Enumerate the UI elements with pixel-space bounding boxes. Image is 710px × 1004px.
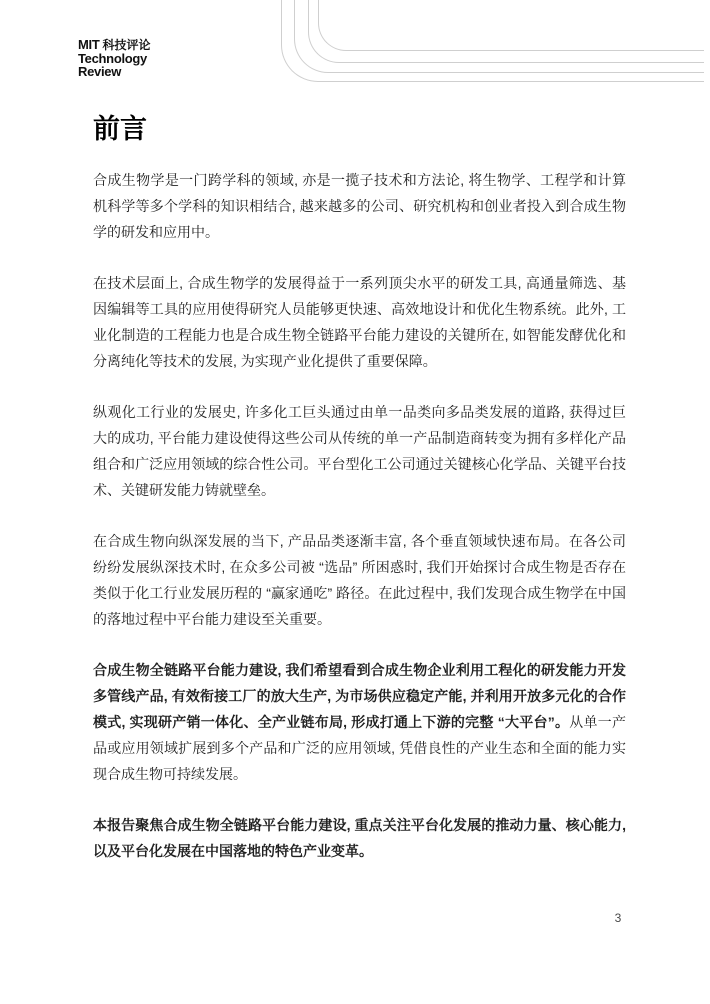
page-number: 3 [606,911,630,925]
rounded-corner-line-1 [318,0,704,51]
paragraph: 在技术层面上, 合成生物学的发展得益于一系列顶尖水平的研发工具, 高通量筛选、基… [93,270,626,374]
rounded-corner-line-3 [294,0,704,73]
paragraph-text-bold: 合成生物全链路平台能力建设, 我们希望看到合成生物企业利用工程化的研发能力开发多… [93,662,626,730]
paragraph-text-bold: 本报告聚焦合成生物全链路平台能力建设, 重点关注平台化发展的推动力量、核心能力,… [93,817,626,859]
paragraph-text: 在合成生物向纵深发展的当下, 产品品类逐渐丰富, 各个垂直领域快速布局。在各公司… [93,533,626,627]
mit-technology-review-logo: MIT科技评论 Technology Review [78,38,151,78]
logo-line-1: MIT科技评论 [78,38,151,52]
logo-review-text: Review [78,65,151,78]
paragraph-text: 在技术层面上, 合成生物学的发展得益于一系列顶尖水平的研发工具, 高通量筛选、基… [93,275,626,369]
logo-chinese-text: 科技评论 [102,38,150,52]
rounded-corner-line-2 [308,0,704,63]
document-page: MIT科技评论 Technology Review 前言 合成生物学是一门跨学科… [0,0,710,1004]
logo-mit-text: MIT [78,37,99,52]
preface-content: 合成生物学是一门跨学科的领域, 亦是一揽子技术和方法论, 将生物学、工程学和计算… [93,167,626,889]
paragraph-text: 纵观化工行业的发展史, 许多化工巨头通过由单一品类向多品类发展的道路, 获得过巨… [93,404,626,498]
rounded-corner-line-4 [281,0,704,82]
paragraph: 纵观化工行业的发展史, 许多化工巨头通过由单一品类向多品类发展的道路, 获得过巨… [93,399,626,503]
paragraph: 合成生物学是一门跨学科的领域, 亦是一揽子技术和方法论, 将生物学、工程学和计算… [93,167,626,245]
section-title: 前言 [93,112,147,146]
paragraph: 合成生物全链路平台能力建设, 我们希望看到合成生物企业利用工程化的研发能力开发多… [93,657,626,787]
paragraph: 本报告聚焦合成生物全链路平台能力建设, 重点关注平台化发展的推动力量、核心能力,… [93,812,626,864]
paragraph-text: 合成生物学是一门跨学科的领域, 亦是一揽子技术和方法论, 将生物学、工程学和计算… [93,172,626,240]
paragraph: 在合成生物向纵深发展的当下, 产品品类逐渐丰富, 各个垂直领域快速布局。在各公司… [93,528,626,632]
